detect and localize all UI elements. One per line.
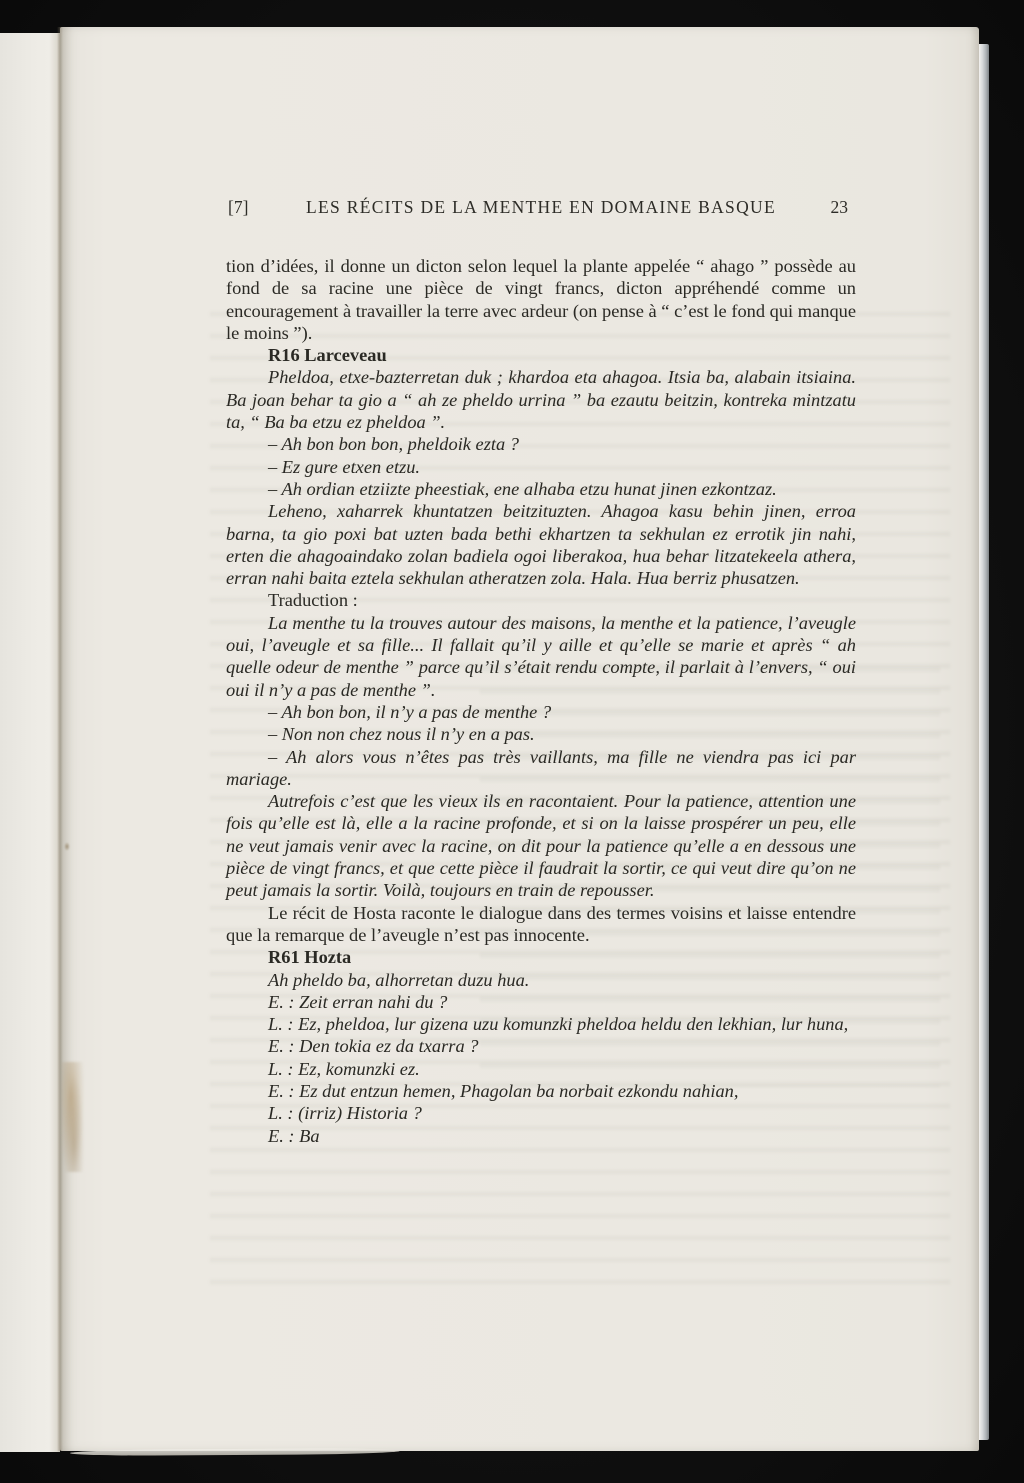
dialogue-line-l: L. : (irriz) Historia ? — [226, 1102, 856, 1124]
binding-stain — [62, 1062, 84, 1172]
photo-background: [7] LES RÉCITS DE LA MENTHE EN DOMAINE B… — [0, 0, 1024, 1483]
dialogue-line: – Ez gure etxen etzu. — [226, 456, 856, 478]
running-title: LES RÉCITS DE LA MENTHE EN DOMAINE BASQU… — [226, 197, 856, 218]
page-edge-stack — [979, 44, 989, 1440]
translation-text-continued: Autrefois c’est que les vieux ils en rac… — [226, 790, 856, 901]
facing-page-edge — [0, 33, 60, 1452]
dialogue-line-e: E. : Ez dut entzun hemen, Phagolan ba no… — [226, 1080, 856, 1102]
page-header: [7] LES RÉCITS DE LA MENTHE EN DOMAINE B… — [226, 197, 856, 221]
translation-text: La menthe tu la trouves autour des maiso… — [226, 612, 856, 701]
translation-label: Traduction : — [226, 589, 856, 611]
dialogue-line-e: E. : Zeit erran nahi du ? — [226, 991, 856, 1013]
binding-speck — [64, 842, 70, 851]
dialogue-line: – Ah bon bon bon, pheldoik ezta ? — [226, 433, 856, 455]
dialogue-line-e: E. : Ba — [226, 1125, 856, 1147]
page-number: 23 — [831, 197, 849, 218]
commentary-paragraph: Le récit de Hosta raconte le dialogue da… — [226, 902, 856, 947]
dialogue-line: – Ah ordian etziizte pheestiak, ene alha… — [226, 478, 856, 500]
dialogue-line: – Non non chez nous il n’y en a pas. — [226, 723, 856, 745]
basque-text-r16-continued: Leheno, xaharrek khuntatzen beitzituzten… — [226, 500, 856, 589]
dialogue-line-e: E. : Den tokia ez da txarra ? — [226, 1035, 856, 1057]
dialogue-line: – Ah bon bon, il n’y a pas de menthe ? — [226, 701, 856, 723]
dialogue-line-l: L. : Ez, pheldoa, lur gizena uzu komunzk… — [226, 1013, 856, 1035]
book-page: [7] LES RÉCITS DE LA MENTHE EN DOMAINE B… — [60, 27, 979, 1451]
intro-paragraph: tion d’idées, il donne un dicton selon l… — [226, 255, 856, 344]
record-heading-r61: R61 Hozta — [226, 946, 856, 968]
page-content: tion d’idées, il donne un dicton selon l… — [226, 255, 856, 1147]
basque-text-r16: Pheldoa, etxe-bazterretan duk ; khardoa … — [226, 366, 856, 433]
basque-line: Ah pheldo ba, alhorretan duzu hua. — [226, 969, 856, 991]
record-heading-r16: R16 Larceveau — [226, 344, 856, 366]
gutter-crease — [57, 27, 63, 1451]
dialogue-line: – Ah alors vous n’êtes pas très vaillant… — [226, 746, 856, 791]
dialogue-line-l: L. : Ez, komunzki ez. — [226, 1058, 856, 1080]
